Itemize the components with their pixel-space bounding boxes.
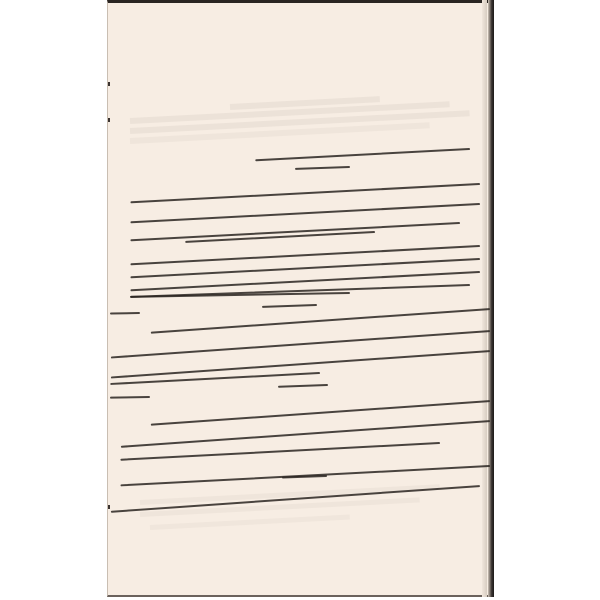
binding-hole — [108, 505, 110, 509]
page-inner-edge — [482, 0, 487, 597]
binding-hole — [108, 118, 110, 122]
page-right-edge — [488, 0, 494, 597]
binding-hole — [108, 82, 110, 86]
